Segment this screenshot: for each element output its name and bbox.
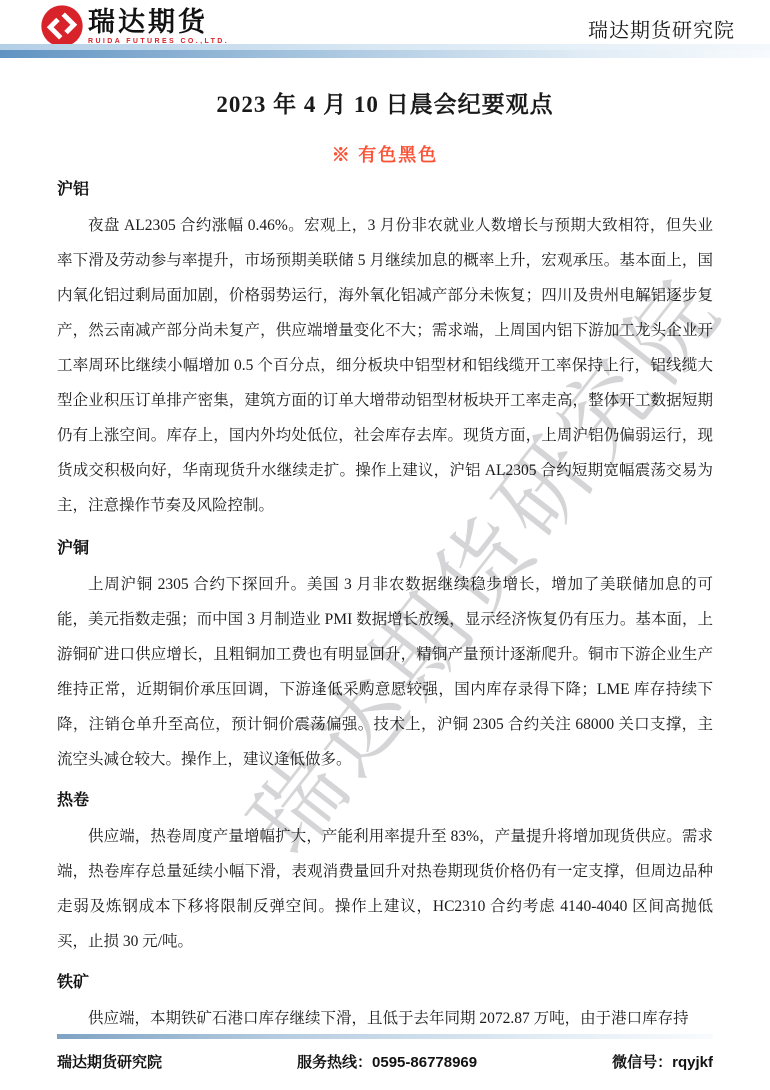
header-divider-bar-dark bbox=[0, 50, 770, 58]
section-body-tiekuang: 供应端，本期铁矿石港口库存继续下滑，且低于去年同期 2072.87 万吨，由于港… bbox=[57, 1001, 713, 1036]
footer-hotline: 服务热线：0595-86778969 bbox=[297, 1051, 477, 1072]
section-body-rejuan: 供应端，热卷周度产量增幅扩大，产能利用率提升至 83%，产量提升将增加现货供应。… bbox=[57, 819, 713, 959]
section-heading-rejuan: 热卷 bbox=[57, 791, 713, 811]
document-title: 2023 年 4 月 10 日晨会纪要观点 bbox=[0, 90, 770, 120]
section-body-hutong: 上周沪铜 2305 合约下探回升。美国 3 月非农数据继续稳步增长，增加了美联储… bbox=[57, 567, 713, 777]
footer-text-row: 瑞达期货研究院 服务热线：0595-86778969 微信号：rqyjkf bbox=[57, 1051, 713, 1072]
section-heading-hulv: 沪铝 bbox=[57, 180, 713, 200]
company-logo: 瑞达期货 RUIDA FUTURES CO.,LTD. bbox=[40, 4, 229, 48]
section-heading-tiekuang: 铁矿 bbox=[57, 973, 713, 993]
header-institute-name: 瑞达期货研究院 bbox=[588, 14, 735, 43]
page-header: 瑞达期货 RUIDA FUTURES CO.,LTD. 瑞达期货研究院 bbox=[0, 0, 770, 58]
footer-wechat: 微信号：rqyjkf bbox=[612, 1051, 713, 1072]
ruida-logo-icon bbox=[40, 4, 84, 48]
brand-text-block: 瑞达期货 RUIDA FUTURES CO.,LTD. bbox=[88, 7, 229, 45]
page-footer: 瑞达期货研究院 服务热线：0595-86778969 微信号：rqyjkf bbox=[57, 1034, 713, 1072]
document-content: 2023 年 4 月 10 日晨会纪要观点 ※ 有色黑色 沪铝 夜盘 AL230… bbox=[0, 90, 770, 1036]
sections-container: 沪铝 夜盘 AL2305 合约涨幅 0.46%。宏观上，3 月份非农就业人数增长… bbox=[57, 180, 713, 1036]
footer-divider-line bbox=[57, 1034, 713, 1039]
document-page: 瑞达期货 RUIDA FUTURES CO.,LTD. 瑞达期货研究院 瑞达期货… bbox=[0, 0, 770, 1090]
section-heading-hutong: 沪铜 bbox=[57, 539, 713, 559]
header-divider-bar bbox=[0, 44, 770, 58]
document-subtitle: ※ 有色黑色 bbox=[0, 142, 770, 168]
footer-institute: 瑞达期货研究院 bbox=[57, 1051, 162, 1072]
section-body-hulv: 夜盘 AL2305 合约涨幅 0.46%。宏观上，3 月份非农就业人数增长与预期… bbox=[57, 208, 713, 523]
brand-name-cn: 瑞达期货 bbox=[88, 7, 229, 37]
